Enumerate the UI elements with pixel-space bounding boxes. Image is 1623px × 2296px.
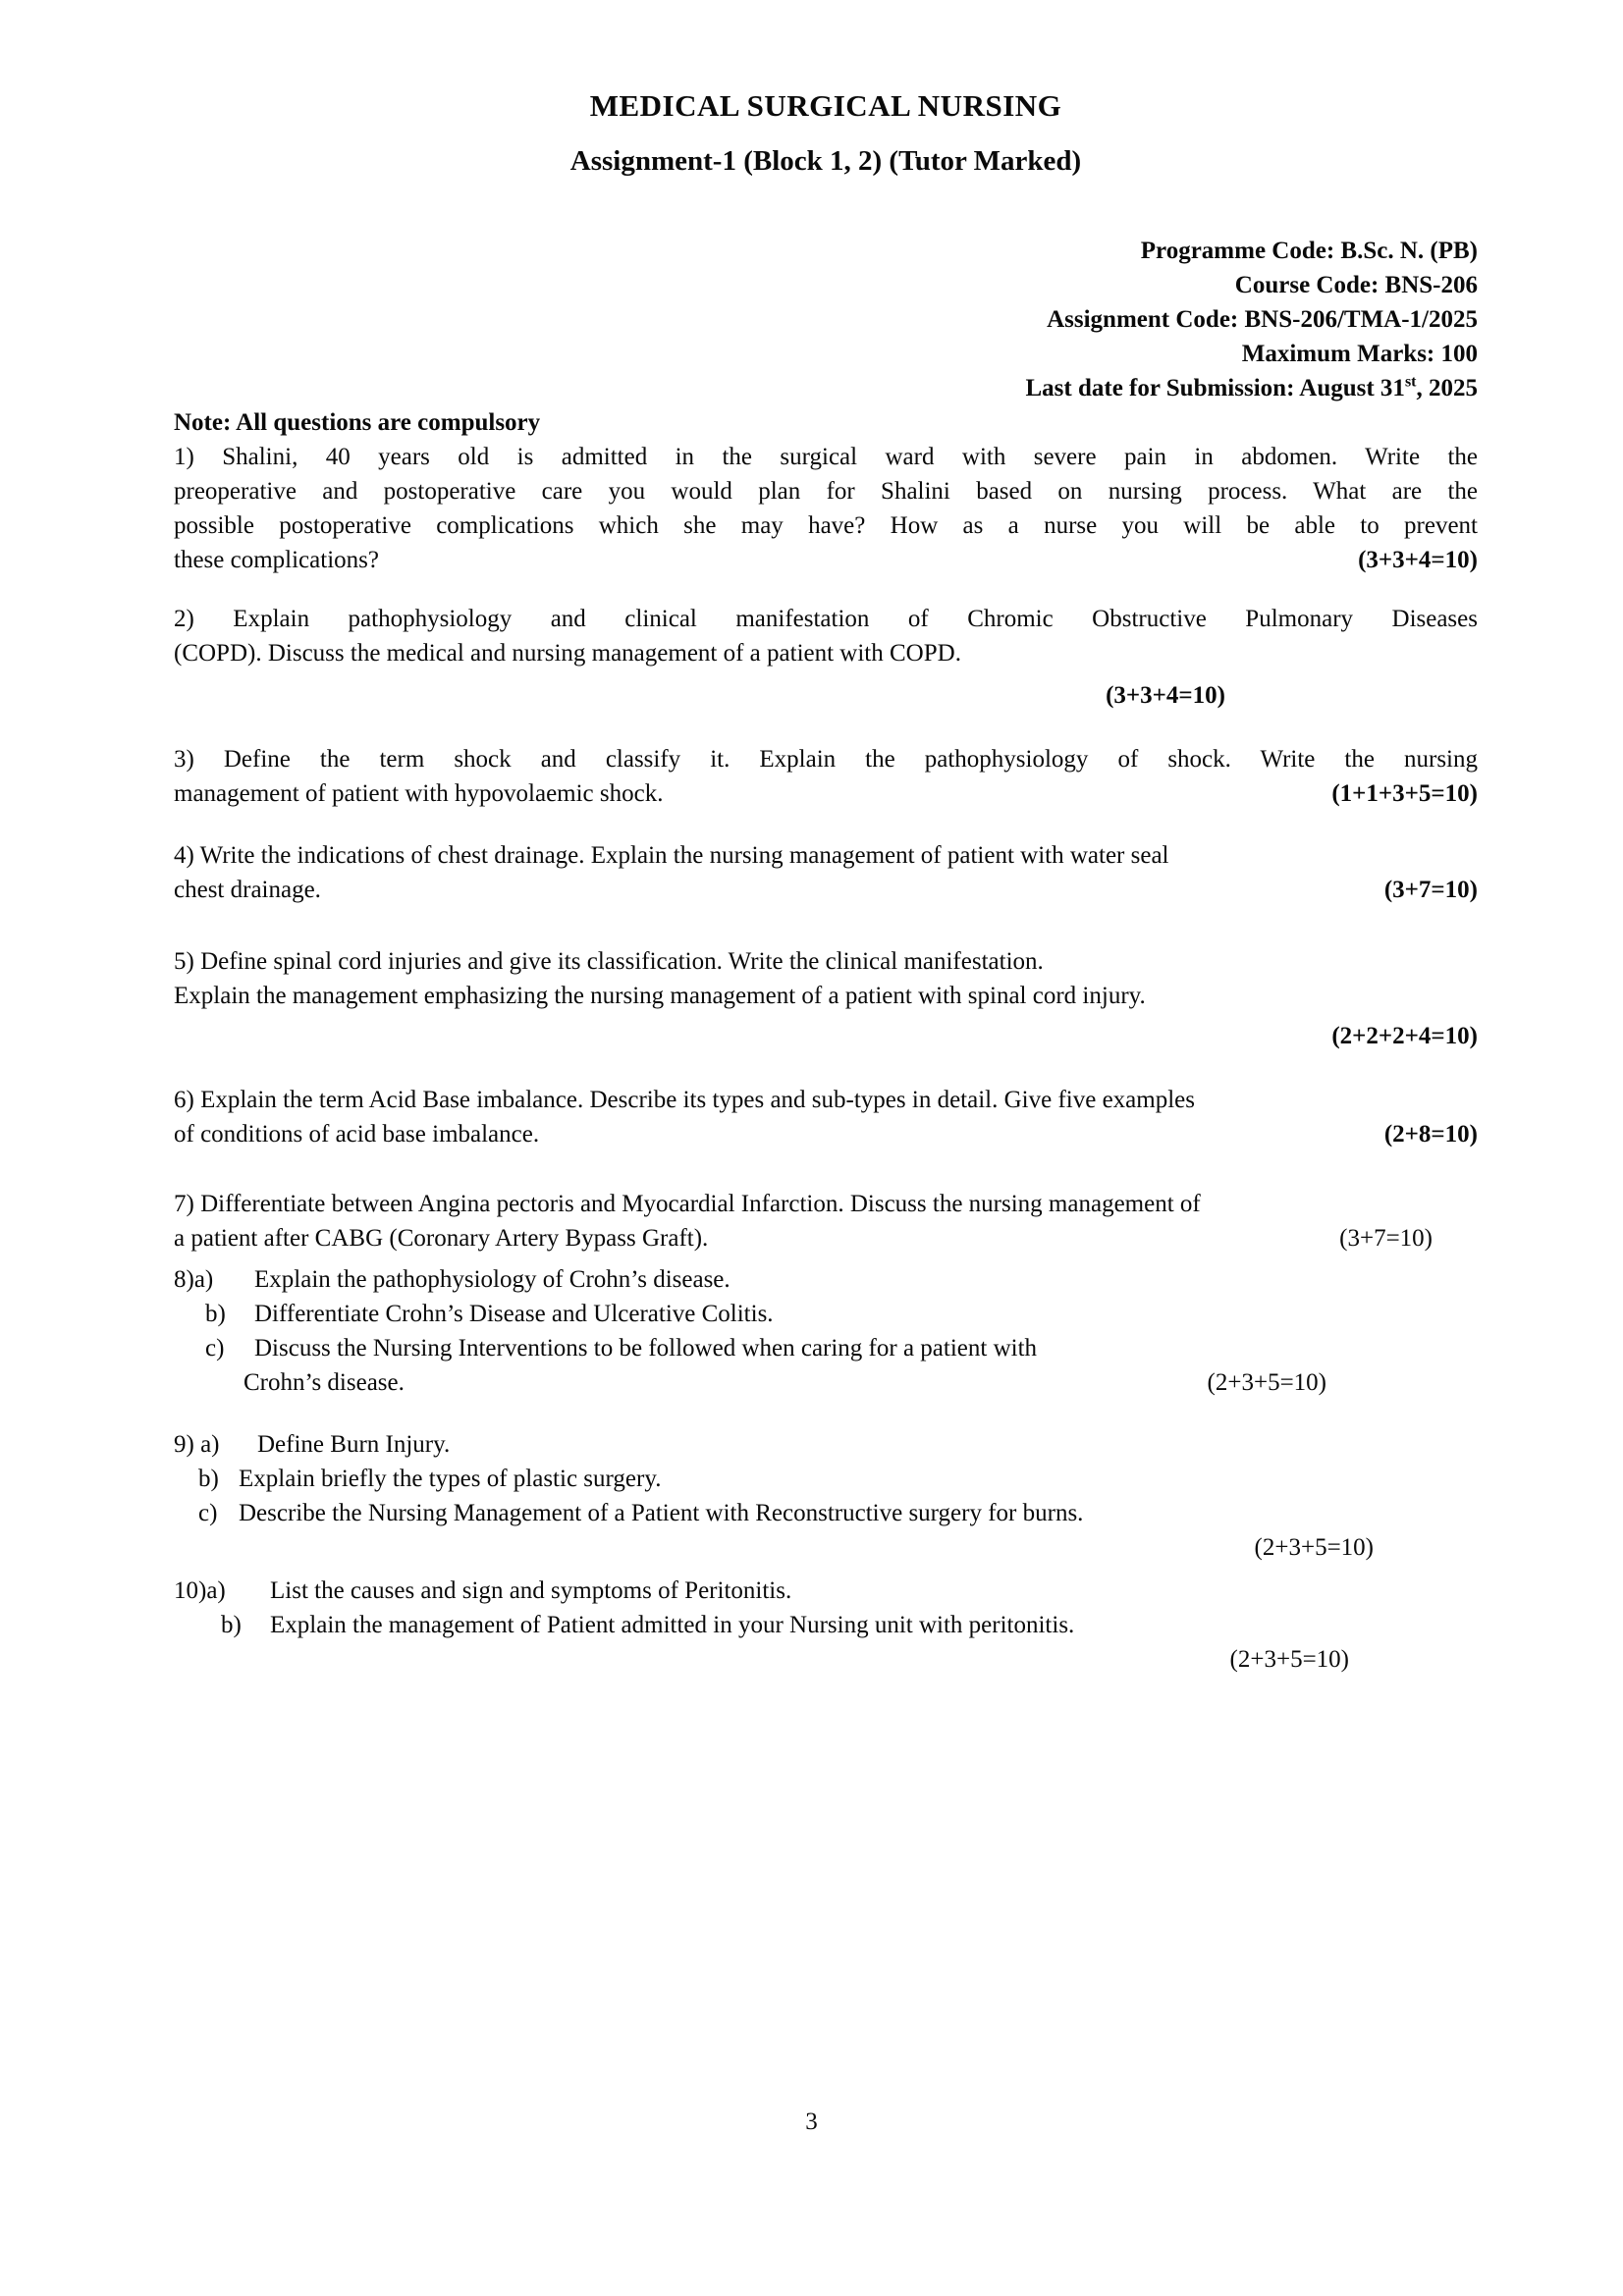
marks-q10: (2+3+5=10) bbox=[174, 1642, 1478, 1677]
question-line: (2+3+5=10) Crohn’s disease. bbox=[174, 1365, 1478, 1400]
question-subitem: 9) a)Define Burn Injury. bbox=[174, 1427, 1478, 1462]
subitem-text: Differentiate Crohn’s Disease and Ulcera… bbox=[254, 1301, 774, 1327]
note-line: Note: All questions are compulsory bbox=[174, 405, 1478, 440]
marks-q8: (2+3+5=10) bbox=[1208, 1365, 1326, 1400]
course-code: Course Code: BNS-206 bbox=[174, 268, 1478, 302]
submission-date-year: , 2025 bbox=[1417, 375, 1479, 401]
marks-q6: (2+8=10) bbox=[1384, 1117, 1478, 1151]
question-line: 5) Define spinal cord injuries and give … bbox=[174, 944, 1478, 979]
subitem-text: Explain the pathophysiology of Crohn’s d… bbox=[254, 1266, 730, 1293]
question-line: 2) Explain pathophysiology and clinical … bbox=[174, 602, 1478, 636]
question-subitem: 8)a)Explain the pathophysiology of Crohn… bbox=[174, 1262, 1478, 1297]
question-9: 9) a)Define Burn Injury. b)Explain brief… bbox=[174, 1427, 1478, 1565]
assignment-code: Assignment Code: BNS-206/TMA-1/2025 bbox=[174, 302, 1478, 337]
assignment-header-block: Programme Code: B.Sc. N. (PB) Course Cod… bbox=[174, 234, 1478, 405]
document-title: MEDICAL SURGICAL NURSING bbox=[174, 86, 1478, 126]
subitem-text: List the causes and sign and symptoms of… bbox=[270, 1577, 791, 1604]
subitem-text: Explain briefly the types of plastic sur… bbox=[239, 1466, 661, 1492]
subitem-label: 10)a) bbox=[174, 1574, 270, 1608]
question-line-text: chest drainage. bbox=[174, 877, 321, 903]
question-subitem: c)Discuss the Nursing Interventions to b… bbox=[174, 1331, 1478, 1365]
document-page: MEDICAL SURGICAL NURSING Assignment-1 (B… bbox=[0, 0, 1623, 2296]
question-line: 4) Write the indications of chest draina… bbox=[174, 838, 1478, 873]
question-line: (3+7=10) a patient after CABG (Coronary … bbox=[174, 1221, 1478, 1255]
question-line: 3) Define the term shock and classify it… bbox=[174, 742, 1478, 776]
question-2: 2) Explain pathophysiology and clinical … bbox=[174, 602, 1478, 713]
question-line: 6) Explain the term Acid Base imbalance.… bbox=[174, 1083, 1478, 1117]
question-8: 8)a)Explain the pathophysiology of Crohn… bbox=[174, 1262, 1478, 1400]
question-subitem: b)Explain the management of Patient admi… bbox=[174, 1608, 1478, 1642]
maximum-marks: Maximum Marks: 100 bbox=[174, 337, 1478, 371]
submission-date: Last date for Submission: August 31st, 2… bbox=[174, 371, 1478, 405]
document-subtitle: Assignment-1 (Block 1, 2) (Tutor Marked) bbox=[174, 141, 1478, 181]
question-line: preoperative and postoperative care you … bbox=[174, 474, 1478, 508]
marks-q7: (3+7=10) bbox=[1339, 1221, 1433, 1255]
question-1: 1) Shalini, 40 years old is admitted in … bbox=[174, 440, 1478, 577]
marks-q1: (3+3+4=10) bbox=[1358, 543, 1478, 577]
subitem-text: Discuss the Nursing Interventions to be … bbox=[254, 1335, 1037, 1362]
question-subitem: 10)a)List the causes and sign and sympto… bbox=[174, 1574, 1478, 1608]
subitem-label: b) bbox=[205, 1297, 254, 1331]
question-10: 10)a)List the causes and sign and sympto… bbox=[174, 1574, 1478, 1677]
question-subitem: b)Explain briefly the types of plastic s… bbox=[174, 1462, 1478, 1496]
marks-q4: (3+7=10) bbox=[1384, 873, 1478, 907]
subitem-text: Explain the management of Patient admitt… bbox=[270, 1612, 1074, 1638]
subitem-text: Define Burn Injury. bbox=[257, 1431, 450, 1458]
subitem-label: b) bbox=[198, 1462, 239, 1496]
question-subitem: c)Describe the Nursing Management of a P… bbox=[174, 1496, 1478, 1530]
question-line: (3+7=10) chest drainage. bbox=[174, 873, 1478, 907]
question-line-text: of conditions of acid base imbalance. bbox=[174, 1121, 539, 1148]
marks-q2: (3+3+4=10) bbox=[174, 678, 1478, 713]
subitem-label: 9) a) bbox=[174, 1427, 257, 1462]
programme-code: Programme Code: B.Sc. N. (PB) bbox=[174, 234, 1478, 268]
question-line: 7) Differentiate between Angina pectoris… bbox=[174, 1187, 1478, 1221]
question-line: (2+8=10) of conditions of acid base imba… bbox=[174, 1117, 1478, 1151]
subitem-label: 8)a) bbox=[174, 1262, 254, 1297]
question-line-text: a patient after CABG (Coronary Artery By… bbox=[174, 1225, 708, 1252]
question-5: 5) Define spinal cord injuries and give … bbox=[174, 944, 1478, 1053]
question-line-text: Crohn’s disease. bbox=[243, 1369, 405, 1396]
subitem-label: c) bbox=[205, 1331, 254, 1365]
question-line-text: these complications? bbox=[174, 547, 379, 573]
marks-q9: (2+3+5=10) bbox=[174, 1530, 1478, 1565]
question-7: 7) Differentiate between Angina pectoris… bbox=[174, 1187, 1478, 1255]
date-ordinal-suffix: st bbox=[1405, 374, 1417, 391]
question-line: (3+3+4=10) these complications? bbox=[174, 543, 1478, 577]
question-line: 1) Shalini, 40 years old is admitted in … bbox=[174, 440, 1478, 474]
submission-date-text: Last date for Submission: August 31 bbox=[1026, 375, 1405, 401]
marks-q5: (2+2+2+4=10) bbox=[174, 1019, 1478, 1053]
subitem-label: c) bbox=[198, 1496, 239, 1530]
question-line: Explain the management emphasizing the n… bbox=[174, 979, 1478, 1013]
question-subitem: b)Differentiate Crohn’s Disease and Ulce… bbox=[174, 1297, 1478, 1331]
subitem-text: Describe the Nursing Management of a Pat… bbox=[239, 1500, 1083, 1526]
marks-q3: (1+1+3+5=10) bbox=[1331, 776, 1478, 811]
question-line: (1+1+3+5=10) management of patient with … bbox=[174, 776, 1478, 811]
page-number: 3 bbox=[0, 2105, 1623, 2139]
question-3: 3) Define the term shock and classify it… bbox=[174, 742, 1478, 811]
question-line: possible postoperative complications whi… bbox=[174, 508, 1478, 543]
subitem-label: b) bbox=[221, 1608, 270, 1642]
question-4: 4) Write the indications of chest draina… bbox=[174, 838, 1478, 907]
question-line-text: management of patient with hypovolaemic … bbox=[174, 780, 663, 807]
question-6: 6) Explain the term Acid Base imbalance.… bbox=[174, 1083, 1478, 1151]
question-line: (COPD). Discuss the medical and nursing … bbox=[174, 636, 1478, 670]
